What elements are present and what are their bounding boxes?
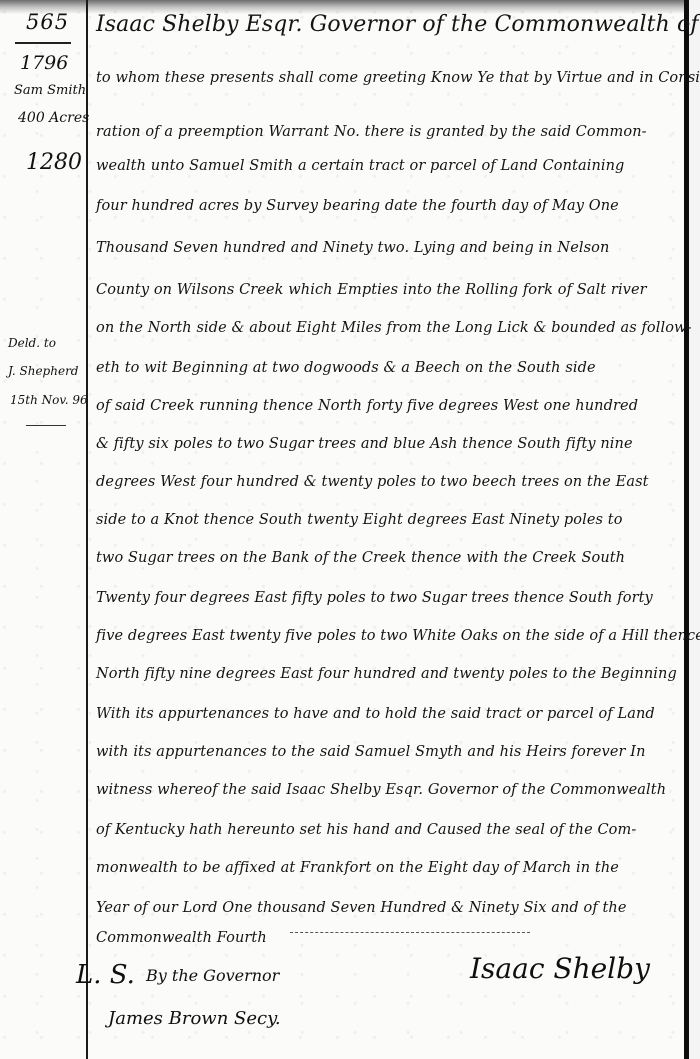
text-line: Isaac Shelby Esqr. Governor of the Commo… [96,12,700,37]
margin-year: 1796 [20,52,68,74]
closing-dash-rule [290,932,530,933]
delivery-note-line: Deld. to [8,336,56,350]
text-line: With its appurtenances to have and to ho… [96,706,655,722]
text-line: of said Creek running thence North forty… [96,398,638,414]
text-line: Twenty four degrees East fifty poles to … [96,590,653,606]
delivery-note-underline [26,425,66,426]
scan-right-strip [689,0,700,1059]
text-line: witness whereof the said Isaac Shelby Es… [96,782,666,798]
margin-notes: 565 1796 Sam Smith 400 Acres 1280 Deld. … [0,0,86,1059]
text-line: of Kentucky hath hereunto set his hand a… [96,822,636,838]
margin-record-number: 1280 [26,150,82,175]
text-line: County on Wilsons Creek which Empties in… [96,282,647,298]
margin-acres: 400 Acres [18,110,89,126]
text-line: Commonwealth Fourth [96,930,267,946]
text-line: ration of a preemption Warrant No. there… [96,124,647,140]
text-line: side to a Knot thence South twenty Eight… [96,512,623,528]
text-line: to whom these presents shall come greeti… [96,70,700,86]
folio-underline [15,42,71,44]
margin-grantee: Sam Smith [14,83,86,98]
delivery-note-line: 15th Nov. 96 [10,393,88,407]
text-line: two Sugar trees on the Bank of the Creek… [96,550,625,566]
text-line: four hundred acres by Survey bearing dat… [96,198,619,214]
margin-rule [86,0,88,1059]
secretary-signature: James Brown Secy. [108,1008,281,1029]
text-line: on the North side & about Eight Miles fr… [96,320,692,336]
text-line: wealth unto Samuel Smith a certain tract… [96,158,624,174]
text-line: & fifty six poles to two Sugar trees and… [96,436,633,452]
text-line: North fifty nine degrees East four hundr… [96,666,677,682]
text-line: Thousand Seven hundred and Ninety two. L… [96,240,609,256]
text-line: degrees West four hundred & twenty poles… [96,474,649,490]
text-line: with its appurtenances to the said Samue… [96,744,646,760]
folio-number: 565 [26,10,69,34]
delivery-note-line: J. Shepherd [8,364,79,378]
text-line: eth to wit Beginning at two dogwoods & a… [96,360,596,376]
text-line: five degrees East twenty five poles to t… [96,628,700,644]
by-the-governor: By the Governor [146,966,279,985]
seal-mark: L. S. [76,960,135,990]
text-line: Year of our Lord One thousand Seven Hund… [96,900,627,916]
governor-signature: Isaac Shelby [470,952,650,985]
text-line: monwealth to be affixed at Frankfort on … [96,860,619,876]
